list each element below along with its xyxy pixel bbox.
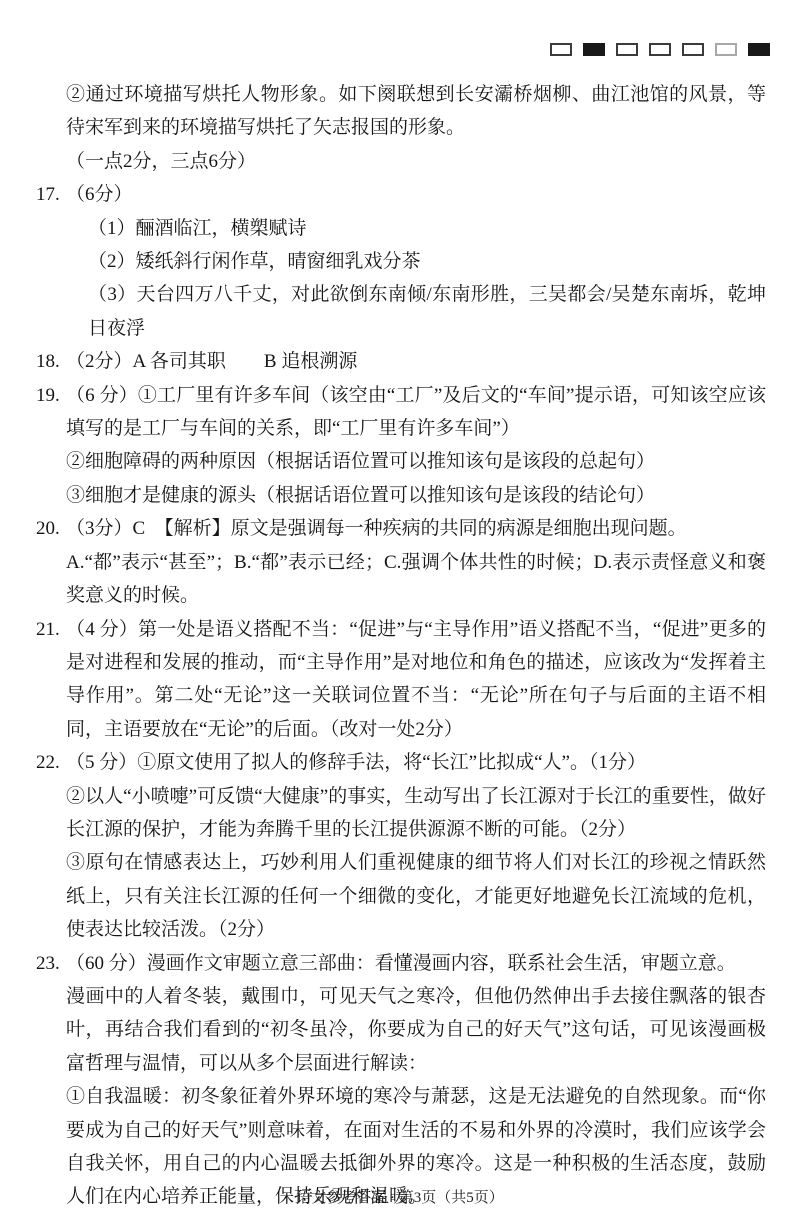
question-number: 17. bbox=[36, 178, 60, 211]
registration-mark bbox=[682, 43, 704, 56]
answer-paragraph: （2）矮纸斜行闲作草，晴窗细乳戏分茶 bbox=[66, 245, 766, 278]
answer-item: ②通过环境描写烘托人物形象。如下阕联想到长安灞桥烟柳、曲江池馆的风景，等待宋军到… bbox=[36, 78, 766, 178]
answer-paragraph: A.“都”表示“甚至”；B.“都”表示已经；C.强调个体共性的时候；D.表示责怪… bbox=[66, 546, 766, 613]
registration-mark bbox=[715, 43, 737, 56]
question-number: 18. bbox=[36, 345, 60, 378]
answer-paragraphs: （60 分）漫画作文审题立意三部曲：看懂漫画内容，联系社会生活，审题立意。漫画中… bbox=[66, 947, 766, 1214]
answer-paragraphs: （6分）（1）酾酒临江，横槊赋诗（2）矮纸斜行闲作草，晴窗细乳戏分茶（3）天台四… bbox=[66, 178, 766, 345]
print-registration-marks bbox=[550, 43, 770, 56]
answer-paragraph: （60 分）漫画作文审题立意三部曲：看懂漫画内容，联系社会生活，审题立意。 bbox=[66, 947, 766, 980]
answer-paragraph: （2分）A 各司其职 B 追根溯源 bbox=[66, 345, 766, 378]
registration-mark bbox=[550, 43, 572, 56]
question-number: 23. bbox=[36, 947, 60, 980]
registration-mark bbox=[616, 43, 638, 56]
answer-key-page: ②通过环境描写烘托人物形象。如下阕联想到长安灞桥烟柳、曲江池馆的风景，等待宋军到… bbox=[0, 0, 800, 1231]
footer-text: 语文参考答案 · 第3页（共5页） bbox=[296, 1190, 504, 1206]
answer-item: 19. （6 分）①工厂里有许多车间（该空由“工厂”及后文的“车间”提示语，可知… bbox=[36, 379, 766, 513]
page-footer: 语文参考答案 · 第3页（共5页） bbox=[0, 1186, 800, 1207]
answer-paragraphs: （3分）C 【解析】原文是强调每一种疾病的共同的病源是细胞出现问题。A.“都”表… bbox=[66, 512, 766, 612]
question-number: 21. bbox=[36, 613, 60, 646]
registration-mark bbox=[748, 43, 770, 56]
answer-item: 21. （4 分）第一处是语义搭配不当：“促进”与“主导作用”语义搭配不当，“促… bbox=[36, 613, 766, 747]
registration-mark bbox=[649, 43, 671, 56]
question-number: 19. bbox=[36, 379, 60, 412]
answer-paragraph: （6 分）①工厂里有许多车间（该空由“工厂”及后文的“车间”提示语，可知该空应该… bbox=[66, 379, 766, 446]
answer-paragraph: （4 分）第一处是语义搭配不当：“促进”与“主导作用”语义搭配不当，“促进”更多… bbox=[66, 613, 766, 747]
question-number: 20. bbox=[36, 512, 60, 545]
answer-item: 23. （60 分）漫画作文审题立意三部曲：看懂漫画内容，联系社会生活，审题立意… bbox=[36, 947, 766, 1214]
answer-paragraph: （3分）C 【解析】原文是强调每一种疾病的共同的病源是细胞出现问题。 bbox=[66, 512, 766, 545]
answer-item: 20. （3分）C 【解析】原文是强调每一种疾病的共同的病源是细胞出现问题。A.… bbox=[36, 512, 766, 612]
answer-paragraph: （一点2分，三点6分） bbox=[66, 145, 766, 178]
answer-paragraphs: （4 分）第一处是语义搭配不当：“促进”与“主导作用”语义搭配不当，“促进”更多… bbox=[66, 613, 766, 747]
answer-paragraphs: ②通过环境描写烘托人物形象。如下阕联想到长安灞桥烟柳、曲江池馆的风景，等待宋军到… bbox=[66, 78, 766, 178]
answer-paragraph: （3）天台四万八千丈，对此欲倒东南倾/东南形胜，三吴都会/吴楚东南坼，乾坤日夜浮 bbox=[66, 278, 766, 345]
answer-item: 18. （2分）A 各司其职 B 追根溯源 bbox=[36, 345, 766, 378]
answer-paragraph: ②细胞障碍的两种原因（根据话语位置可以推知该句是该段的总起句） bbox=[66, 445, 766, 478]
answer-paragraph: （5 分）①原文使用了拟人的修辞手法，将“长江”比拟成“人”。（1分） bbox=[66, 746, 766, 779]
answer-paragraph: （6分） bbox=[66, 178, 766, 211]
answer-paragraph: （1）酾酒临江，横槊赋诗 bbox=[66, 212, 766, 245]
answer-paragraph: ③原句在情感表达上，巧妙利用人们重视健康的细节将人们对长江的珍视之情跃然纸上，只… bbox=[66, 846, 766, 946]
answer-item: 17. （6分）（1）酾酒临江，横槊赋诗（2）矮纸斜行闲作草，晴窗细乳戏分茶（3… bbox=[36, 178, 766, 345]
answer-paragraphs: （5 分）①原文使用了拟人的修辞手法，将“长江”比拟成“人”。（1分）②以人“小… bbox=[66, 746, 766, 946]
answer-paragraph: ②以人“小喷嚏”可反馈“大健康”的事实，生动写出了长江源对于长江的重要性，做好长… bbox=[66, 780, 766, 847]
answer-paragraph: 漫画中的人着冬装，戴围巾，可见天气之寒冷，但他仍然伸出手去接住飘落的银杏叶，再结… bbox=[66, 980, 766, 1080]
answer-paragraphs: （2分）A 各司其职 B 追根溯源 bbox=[66, 345, 766, 378]
question-number: 22. bbox=[36, 746, 60, 779]
answer-item: 22. （5 分）①原文使用了拟人的修辞手法，将“长江”比拟成“人”。（1分）②… bbox=[36, 746, 766, 946]
answer-paragraph: ③细胞才是健康的源头（根据话语位置可以推知该句是该段的结论句） bbox=[66, 479, 766, 512]
answers-list: ②通过环境描写烘托人物形象。如下阕联想到长安灞桥烟柳、曲江池馆的风景，等待宋军到… bbox=[36, 78, 766, 1214]
answer-paragraph: ②通过环境描写烘托人物形象。如下阕联想到长安灞桥烟柳、曲江池馆的风景，等待宋军到… bbox=[66, 78, 766, 145]
registration-mark bbox=[583, 43, 605, 56]
answer-paragraphs: （6 分）①工厂里有许多车间（该空由“工厂”及后文的“车间”提示语，可知该空应该… bbox=[66, 379, 766, 513]
